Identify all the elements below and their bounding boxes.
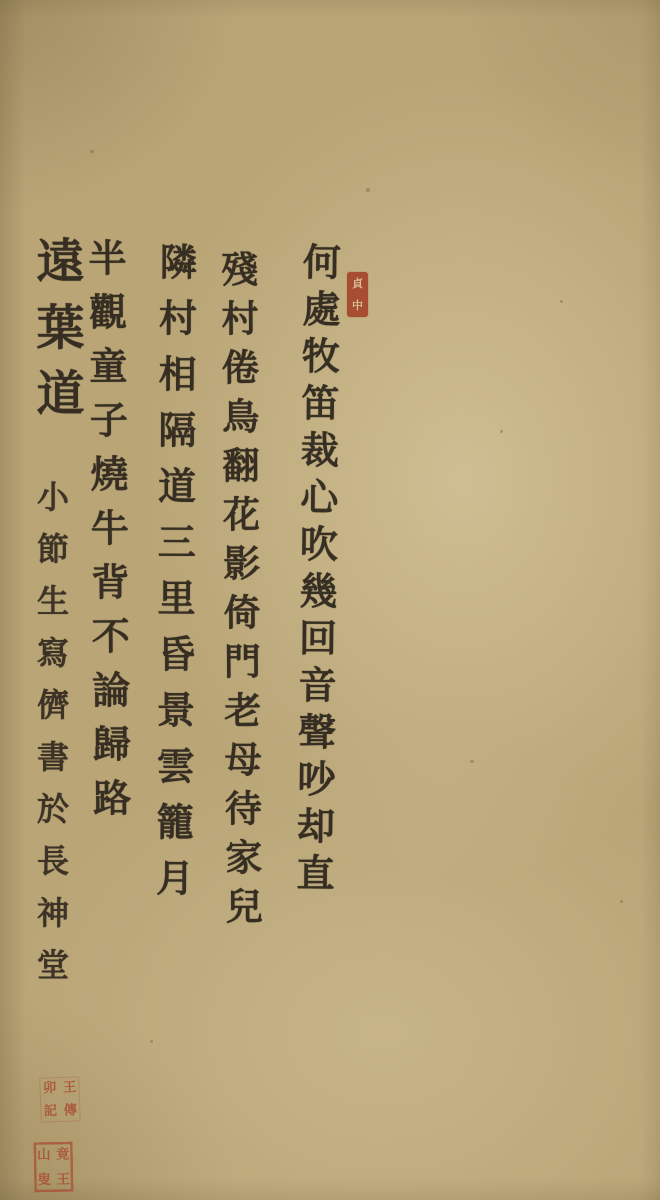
artist-seal-upper: 王 卯 傳 記 bbox=[39, 1076, 81, 1122]
calligraphy-column-5: 遠葉道 bbox=[22, 236, 91, 461]
paper-speck bbox=[620, 900, 623, 903]
seal-character: 貞 bbox=[352, 278, 363, 289]
seal-character: 竟 bbox=[56, 1148, 70, 1162]
artist-seal-lower: 竟 山 王 叟 bbox=[34, 1142, 74, 1193]
paper-speck bbox=[500, 430, 503, 433]
calligraphy-scroll-photo: 何處牧笛裁心吹幾回音聲吵却直 殘村倦鳥翻花影倚門老母待家兒 隣村相隔道三里昏景雲… bbox=[0, 0, 660, 1200]
calligraphy-column-1: 何處牧笛裁心吹幾回音聲吵却直 bbox=[284, 242, 346, 933]
paper-speck bbox=[366, 188, 370, 192]
seal-character: 王 bbox=[63, 1081, 77, 1095]
paper-speck bbox=[470, 760, 474, 763]
seal-character: 叟 bbox=[37, 1173, 51, 1187]
paper-speck bbox=[90, 150, 94, 153]
paper-speck bbox=[150, 1040, 153, 1043]
seal-character: 山 bbox=[37, 1148, 51, 1162]
signature-column: 小節生寫儕書於長神堂 bbox=[28, 480, 74, 1050]
seal-character: 記 bbox=[44, 1104, 58, 1118]
calligraphy-column-3: 隣村相隔道三里昏景雲籠月 bbox=[144, 242, 203, 962]
seal-character: 傳 bbox=[64, 1104, 78, 1118]
paper-speck bbox=[560, 300, 563, 303]
seal-character: 中 bbox=[352, 300, 363, 311]
seal-character: 王 bbox=[57, 1173, 71, 1187]
seal-character: 卯 bbox=[43, 1082, 57, 1096]
calligraphy-column-2: 殘村倦鳥翻花影倚門老母待家兒 bbox=[210, 250, 269, 950]
top-relief-seal: 貞 中 bbox=[347, 272, 368, 317]
